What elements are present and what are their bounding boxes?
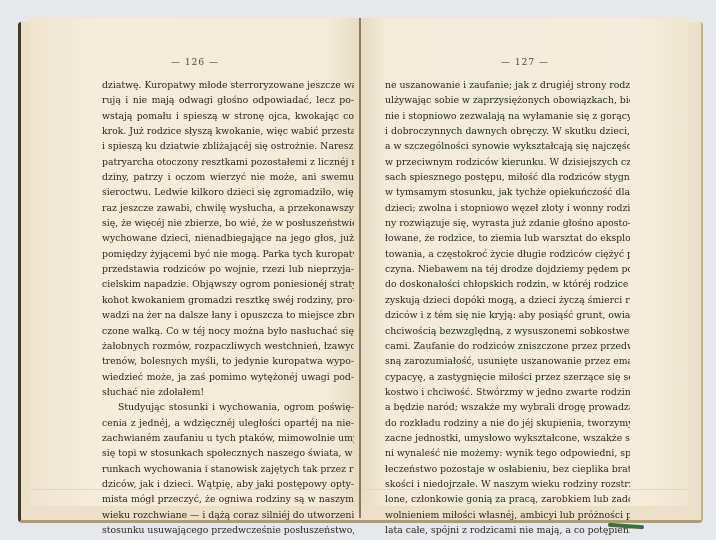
paragraph: Studyując stosunki i wychowania, ogrom p… <box>102 400 354 538</box>
text-line: przedstawia rodziców po wojnie, rzezi lu… <box>102 262 354 277</box>
text-line: cenia z jednéj, a wdzięcznéj uległości o… <box>102 416 354 431</box>
text-line: ulżywając sobie w zaprzysiężonych obowią… <box>385 93 630 108</box>
text-line: ni wynaleść nie możemy: wynik tego odpow… <box>385 446 630 461</box>
text-line: czyna. Niebawem na téj drodze dojdziemy … <box>385 262 630 277</box>
text-line: dziców i z tém się nie kryją: aby posiąś… <box>385 308 630 323</box>
text-line: nie i stopniowo zezwalają na wyłamanie s… <box>385 109 630 124</box>
text-line: rują i nie mają odwagi głośno odpowiadać… <box>102 93 354 108</box>
text-line: ne uszanowanie i zaufanie; jak z drugiéj… <box>385 78 630 93</box>
text-line: towania, a częstokroć życie długie rodzi… <box>385 247 630 262</box>
left-page-text: dziatwę. Kuropatwy młode sterroryzowane … <box>102 78 354 538</box>
text-line: sach spiesznego postępu, miłość dla rodz… <box>385 170 630 185</box>
text-line: się topi w stosunkach społecznych naszeg… <box>102 446 354 461</box>
text-line: kostwo i chciwość. Stwórzmy w jedno zwar… <box>385 385 630 400</box>
text-line: Studyując stosunki i wychowania, ogrom p… <box>102 400 354 415</box>
open-book: — 126 — dziatwę. Kuropatwy młode sterror… <box>18 14 704 526</box>
text-line: wadzi na żer na dalsze łany i opuszcza t… <box>102 308 354 323</box>
text-line: wstają pomału i spieszą w stronę ojca, k… <box>102 109 354 124</box>
page-number-left: — 126 — <box>30 58 360 68</box>
text-line: w przeciwnym rodziców kierunku. W dzisie… <box>385 155 630 170</box>
text-line: wiedzieć może, ja zaś pomimo wytężonéj u… <box>102 370 354 385</box>
text-line: do rozkładu rodziny a nie do jéj skupien… <box>385 416 630 431</box>
text-line: a będzie naród; wszakże my wybrali drogę… <box>385 400 630 415</box>
text-line: zyskują dzieci dopóki mogą, a dzieci życ… <box>385 293 630 308</box>
text-line: sną zarozumiałość, usunięte uszanowanie … <box>385 354 630 369</box>
text-line: runkach wychowania i stanowisk zajętych … <box>102 462 354 477</box>
text-line: a w szczególności synowie wykształcają s… <box>385 139 630 154</box>
text-line: się, że więcéj nie zbierze, bo wié, że w… <box>102 216 354 231</box>
text-line: łeczeństwo pozostaje w osłabieniu, bez c… <box>385 462 630 477</box>
text-line: i dobroczynnych dawnych obręczy. W skutk… <box>385 124 630 139</box>
text-line: dziatwę. Kuropatwy młode sterroryzowane … <box>102 78 354 93</box>
text-line: kohot kwokaniem gromadzi resztkę swéj ro… <box>102 293 354 308</box>
page-number-right: — 127 — <box>362 58 688 68</box>
text-line: sieroctwu. Ledwie kilkoro dzieci się zgr… <box>102 185 354 200</box>
text-line: łowane, że rodzice, to ziemia lub warszt… <box>385 231 630 246</box>
text-line: cypacyę, a zastygnięcie miłości przez sz… <box>385 370 630 385</box>
text-line: wolnieniem miłości własnéj, ambicyi lub … <box>385 508 630 523</box>
text-line: raz jeszcze zawabi, chwilę wysłucha, a p… <box>102 201 354 216</box>
text-line: cielskim napadzie. Objąwszy ogrom ponies… <box>102 277 354 292</box>
text-line: słuchać nie zdołałem! <box>102 385 354 400</box>
page-fold-line <box>30 489 360 506</box>
text-line: cami. Zaufanie do rodziców zniszczone pr… <box>385 339 630 354</box>
right-page: — 127 — ne uszanowanie i zaufanie; jak z… <box>362 18 688 506</box>
book-gutter <box>359 18 361 518</box>
text-line: pomiędzy żyjącemi być nie mogą. Parka ty… <box>102 247 354 262</box>
text-line: chciwością bezwzględną, z wysuszonemi so… <box>385 324 630 339</box>
text-line: zachwianém zaufaniu u tych ptaków, mimow… <box>102 431 354 446</box>
text-line: krok. Już rodzice słyszą kwokanie, więc … <box>102 124 354 139</box>
text-line: stosunku usuwającego przedwcześnie posłu… <box>102 523 354 538</box>
text-line: dzieci; zwolna i stopniowo węzeł złoty i… <box>385 201 630 216</box>
text-line: żałobnych rozmów, rozpaczliwych westchni… <box>102 339 354 354</box>
left-page: — 126 — dziatwę. Kuropatwy młode sterror… <box>30 18 360 506</box>
text-line: wieku rozchwiane — i dążą coraz silniéj … <box>102 508 354 523</box>
page-fold-line <box>362 489 688 506</box>
text-line: patryarcha otoczony resztkami pozostałem… <box>102 155 354 170</box>
right-page-text: ne uszanowanie i zaufanie; jak z drugiéj… <box>385 78 630 538</box>
paragraph: ne uszanowanie i zaufanie; jak z drugiéj… <box>385 78 630 538</box>
text-line: dziny, patrzy i oczom wierzyć nie może, … <box>102 170 354 185</box>
paragraph: dziatwę. Kuropatwy młode sterroryzowane … <box>102 78 354 400</box>
text-line: czone walką. Co w téj nocy można było na… <box>102 324 354 339</box>
text-line: trenów, bolesnych myśli, to jedynie kuro… <box>102 354 354 369</box>
text-line: w tymsamym stosunku, jak tychże opiekuńc… <box>385 185 630 200</box>
text-line: lata całe, spójni z rodzicami nie mają, … <box>385 523 630 538</box>
text-line: do doskonałości chłopskich rodzin, w któ… <box>385 277 630 292</box>
text-line: zacne jednostki, umysłowo wykształcone, … <box>385 431 630 446</box>
text-line: ny rozwiązuje się, wyrasta już zdanie gł… <box>385 216 630 231</box>
text-line: i spieszą ku dziatwie zbliżającéj się os… <box>102 139 354 154</box>
text-line: wychowane dzieci, nienadbiegające na jeg… <box>102 231 354 246</box>
